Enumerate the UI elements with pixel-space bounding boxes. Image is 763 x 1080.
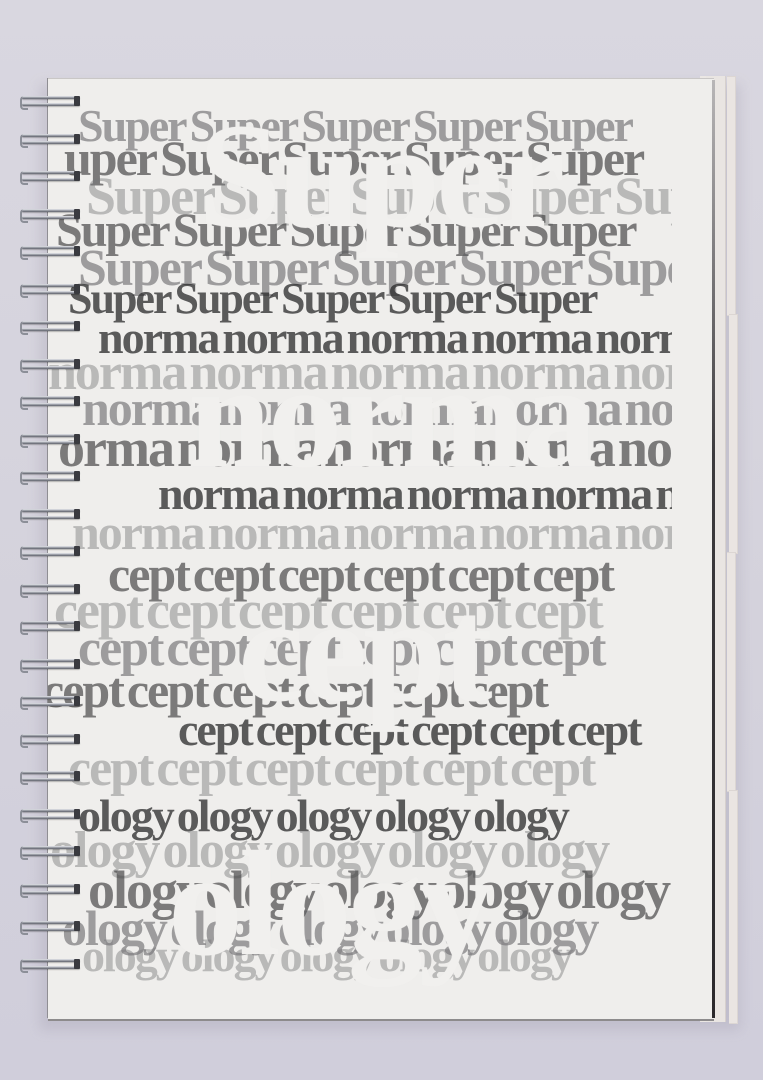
- divider-tab-4[interactable]: [729, 790, 738, 1024]
- headline-word-super: Super: [198, 101, 561, 251]
- spiral-ring: [18, 284, 80, 298]
- spiral-ring: [18, 809, 80, 823]
- spiral-ring: [18, 509, 80, 523]
- spiral-ring: [18, 434, 80, 448]
- spiral-ring: [18, 584, 80, 598]
- spiral-ring: [18, 546, 80, 560]
- spiral-ring: [18, 884, 80, 898]
- headline-word-cept: cept: [238, 575, 489, 725]
- spiral-ring: [18, 621, 80, 635]
- spiral-ring: [18, 359, 80, 373]
- spiral-ring: [18, 96, 80, 110]
- spiral-binding: [18, 96, 80, 996]
- notebook-cover: SuperSuperSuperSuperSuper uperSuperSuper…: [48, 78, 714, 1021]
- page-edge: [712, 80, 715, 1018]
- spiral-ring: [18, 921, 80, 935]
- spiral-ring: [18, 209, 80, 223]
- headline-word-norma: norma: [188, 341, 593, 491]
- divider-tab-3[interactable]: [727, 552, 736, 792]
- headline-word-ology: ology: [168, 829, 490, 979]
- divider-tab-1[interactable]: [727, 76, 736, 316]
- spiral-ring: [18, 846, 80, 860]
- texture-word: ology: [477, 929, 572, 982]
- spiral-ring: [18, 171, 80, 185]
- spiral-ring: [18, 771, 80, 785]
- spiral-ring: [18, 734, 80, 748]
- spiral-ring: [18, 321, 80, 335]
- spiral-ring: [18, 134, 80, 148]
- divider-tab-2[interactable]: [729, 314, 738, 554]
- spiral-ring: [18, 959, 80, 973]
- spiral-ring: [18, 471, 80, 485]
- spiral-ring: [18, 246, 80, 260]
- spiral-ring: [18, 396, 80, 410]
- spiral-ring: [18, 696, 80, 710]
- texture-word: ology: [82, 929, 177, 982]
- spiral-ring: [18, 659, 80, 673]
